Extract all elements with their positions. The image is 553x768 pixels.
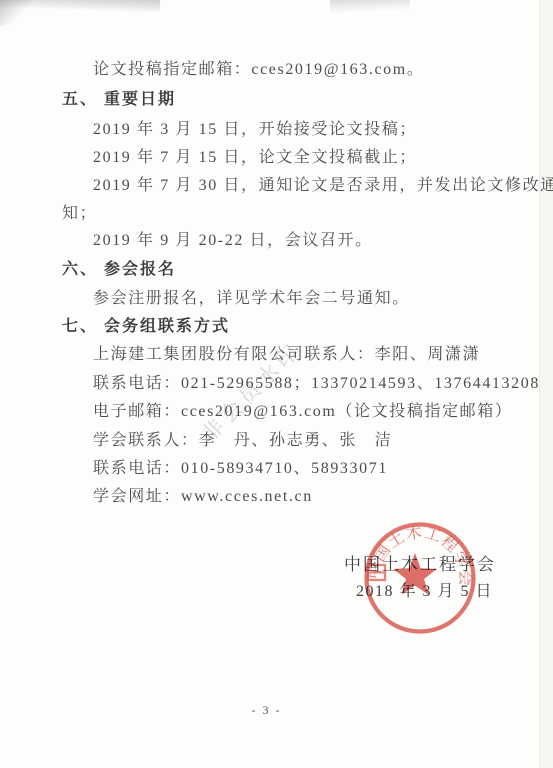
contact-email-line: 电子邮箱：cces2019@163.com（论文投稿指定邮箱） [93, 403, 512, 421]
contact-phone-society-line: 联系电话：010-58934710、58933071 [93, 460, 388, 478]
date-item-fullpaper-deadline: 2019 年 7 月 15 日，论文全文投稿截止； [93, 149, 417, 167]
signature-date: 2018 年 3 月 5 日 [356, 578, 493, 601]
section-6-heading: 六、 参会报名 [62, 261, 176, 279]
email-designated-line: 论文投稿指定邮箱：cces2019@163.com。 [93, 61, 424, 79]
contact-shanghai-line: 上海建工集团股份有限公司联系人：李阳、周潇潇 [93, 346, 480, 364]
page-number: - 3 - [0, 703, 543, 718]
date-item-submission-open: 2019 年 3 月 15 日，开始接受论文投稿； [93, 121, 417, 139]
scan-edge-right [539, 0, 553, 768]
society-website-line: 学会网址：www.cces.net.cn [93, 488, 313, 506]
scan-shadow-top-middle [330, 0, 411, 14]
section-7-heading: 七、 会务组联系方式 [62, 318, 230, 336]
contact-society-persons-line: 学会联系人：李 丹、孙志勇、张 洁 [93, 432, 392, 450]
contact-phone-shanghai-line: 联系电话：021-52965588；13370214593、1376441320… [93, 375, 540, 393]
signature-organization: 中国土木工程学会 [344, 550, 496, 575]
document-page: 非会员水印 论文投稿指定邮箱：cces2019@163.com。 五、 重要日期… [0, 0, 553, 768]
date-item-acceptance-notice-wrap: 知； [62, 205, 97, 223]
scan-smudge-corner [0, 0, 34, 26]
registration-info-line: 参会注册报名，详见学术年会二号通知。 [93, 290, 410, 308]
section-5-heading: 五、 重要日期 [62, 91, 176, 109]
scan-shadow-top-left [0, 0, 160, 13]
date-item-conference-dates: 2019 年 9 月 20-22 日，会议召开。 [93, 232, 373, 250]
date-item-acceptance-notice: 2019 年 7 月 30 日，通知论文是否录用，并发出论文修改通 [93, 177, 553, 195]
